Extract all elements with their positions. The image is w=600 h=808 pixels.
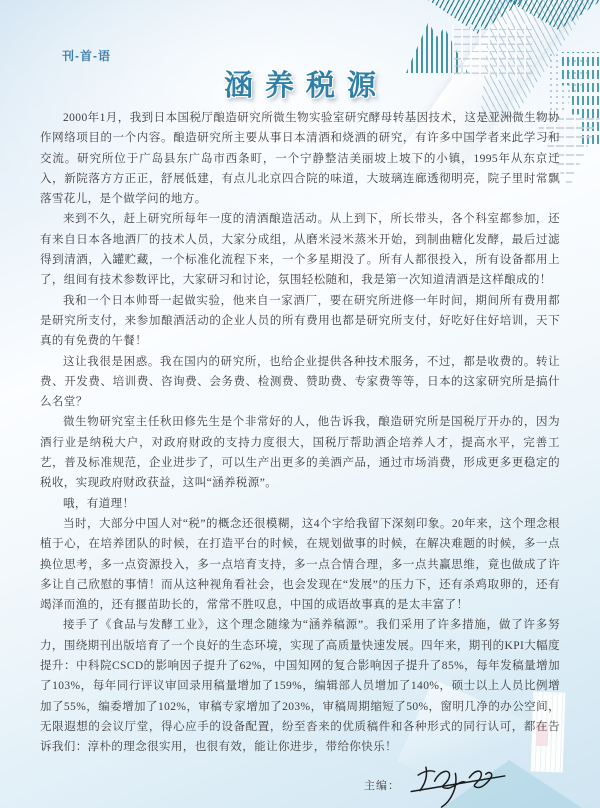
paragraph: 当时，大部分中国人对“税”的概念还很模糊，这4个字给我留下深刻印象。20年来，这… [40,514,560,615]
paragraph: 2000年1月，我到日本国税厅酿造研究所微生物实验室研究酵母转基因技术，这是亚洲… [40,108,560,209]
signature-row: 主编： [40,762,560,808]
paragraph: 我和一个日本帅哥一起做实验，他来自一家酒厂，要在研究所进修一年时间，期间所有费用… [40,291,560,352]
journal-foreword-page: { "header": { "kicker": "刊-首-语" }, "titl… [0,0,600,808]
column-kicker: 刊-首-语 [62,47,111,64]
page-title: 涵养税源 [0,63,600,104]
paragraph: 微生物研究室主任秋田修先生是个非常好的人，他告诉我，酿造研究所是国税厅开办的，因… [40,412,560,493]
paragraph: 来到不久，赶上研究所每年一度的清酒酿造活动。从上到下，所长带头，各个科室都参加，… [40,209,560,290]
article-body: 2000年1月，我到日本国税厅酿造研究所微生物实验室研究酵母转基因技术，这是亚洲… [40,108,560,808]
paragraph: 这让我很是困惑。我在国内的研究所，也给企业提供各种技术服务，不过，都是收费的。转… [40,352,560,413]
paragraph: 接手了《食品与发酵工业》，这个理念随缘为“涵养稿源”。我们采用了许多措施，做了许… [40,615,560,757]
deco-hatched-triangle-dark [428,0,524,34]
paragraph: 哦，有道理！ [40,494,560,514]
handwritten-signature [402,756,514,808]
deco-hatched-triangle-dark2 [506,0,600,30]
editor-in-chief-label: 主编： [364,777,400,793]
